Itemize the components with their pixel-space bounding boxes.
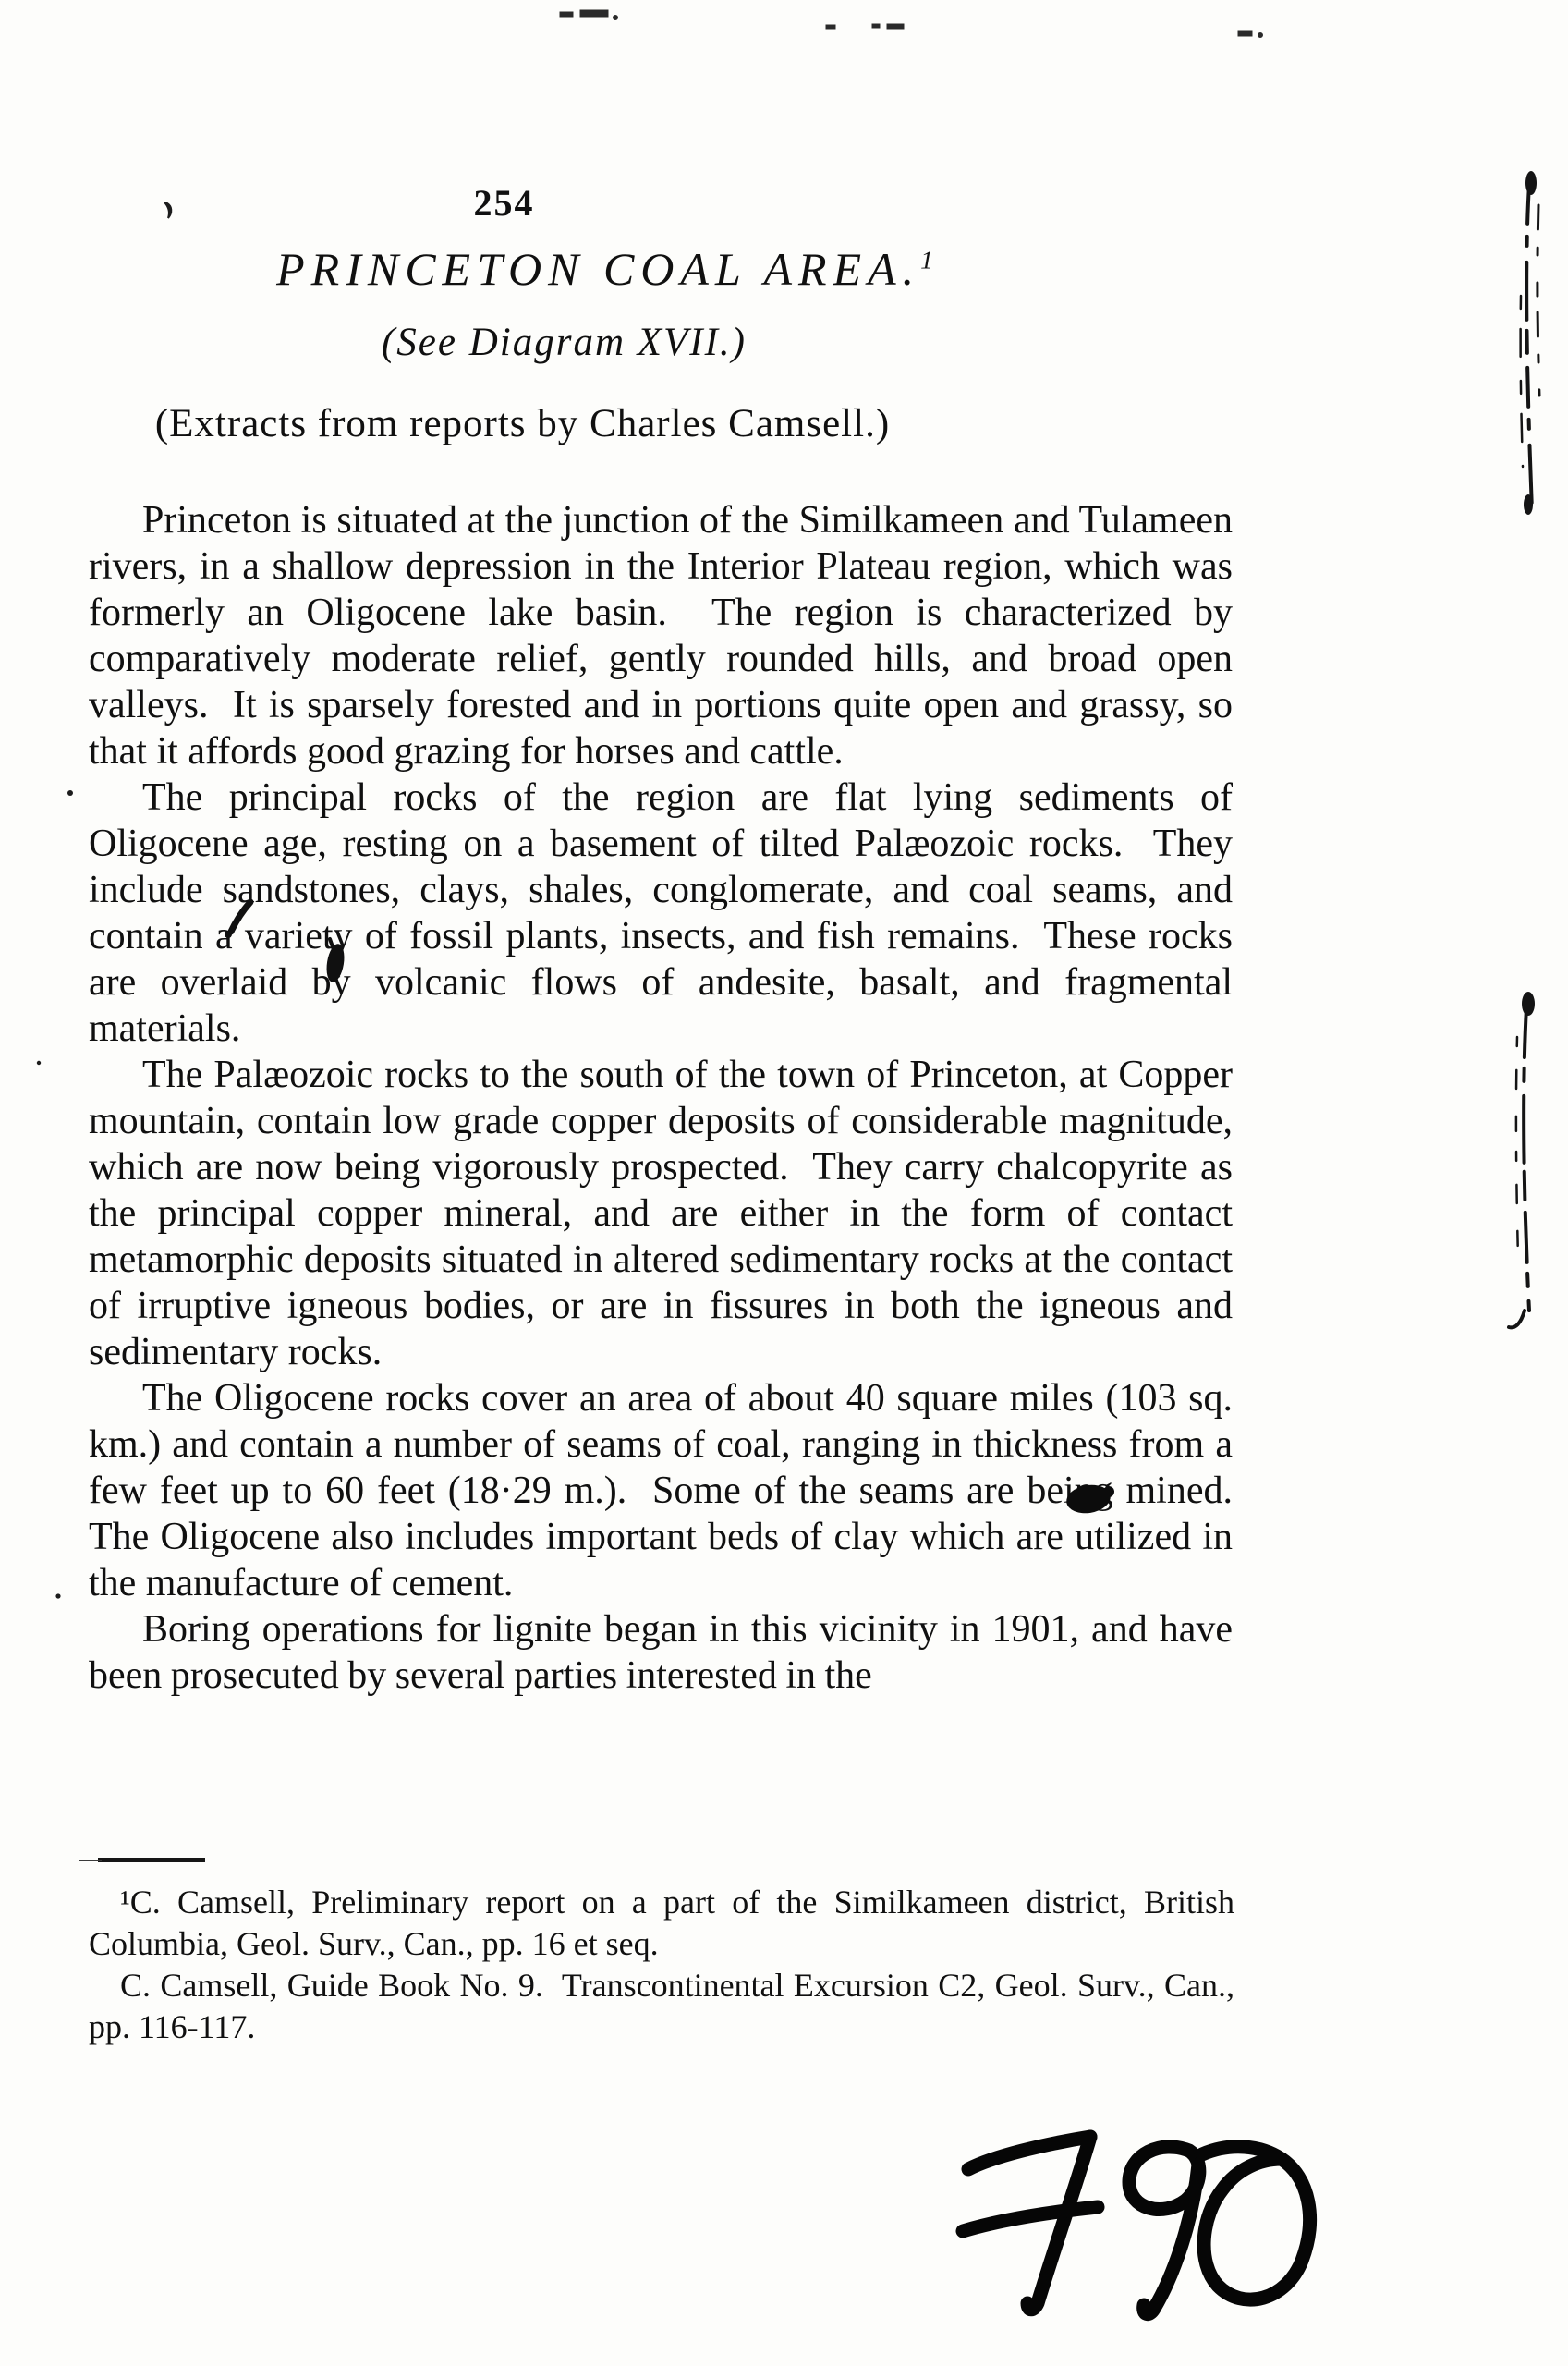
paragraph-2: The principal rocks of the region are fl…	[89, 774, 1233, 1052]
footnotes: ¹C. Camsell, Preliminary report on a par…	[89, 1882, 1234, 2048]
title-text: PRINCETON COAL AREA.	[276, 243, 920, 295]
subtitle-diagram-ref: (See Diagram XVII.)	[0, 320, 1348, 365]
top-edge-specks	[560, 10, 1263, 38]
footnote-divider	[98, 1858, 205, 1862]
paragraph-1: Princeton is situated at the junction of…	[89, 497, 1233, 774]
byline-extracts: (Extracts from reports by Charles Camsel…	[0, 401, 1307, 446]
footnote-2: C. Camsell, Guide Book No. 9. Transconti…	[89, 1965, 1234, 2048]
paragraph-5: Boring operations for lignite began in t…	[89, 1606, 1233, 1699]
page-number: 254	[0, 181, 1288, 225]
paragraph-4: The Oligocene rocks cover an area of abo…	[89, 1375, 1233, 1606]
footnote-1: ¹C. Camsell, Preliminary report on a par…	[89, 1882, 1234, 1965]
body-text: Princeton is situated at the junction of…	[89, 497, 1233, 1699]
paragraph-3: The Palæozoic rocks to the south of the …	[89, 1052, 1233, 1375]
page-title: PRINCETON COAL AREA.1	[0, 242, 1389, 296]
right-margin-scratch-upper	[1521, 171, 1539, 515]
title-footnote-ref: 1	[920, 245, 933, 274]
scanned-book-page: 254 PRINCETON COAL AREA.1 (See Diagram X…	[0, 0, 1568, 2366]
right-margin-scratch-lower	[1509, 992, 1535, 1327]
